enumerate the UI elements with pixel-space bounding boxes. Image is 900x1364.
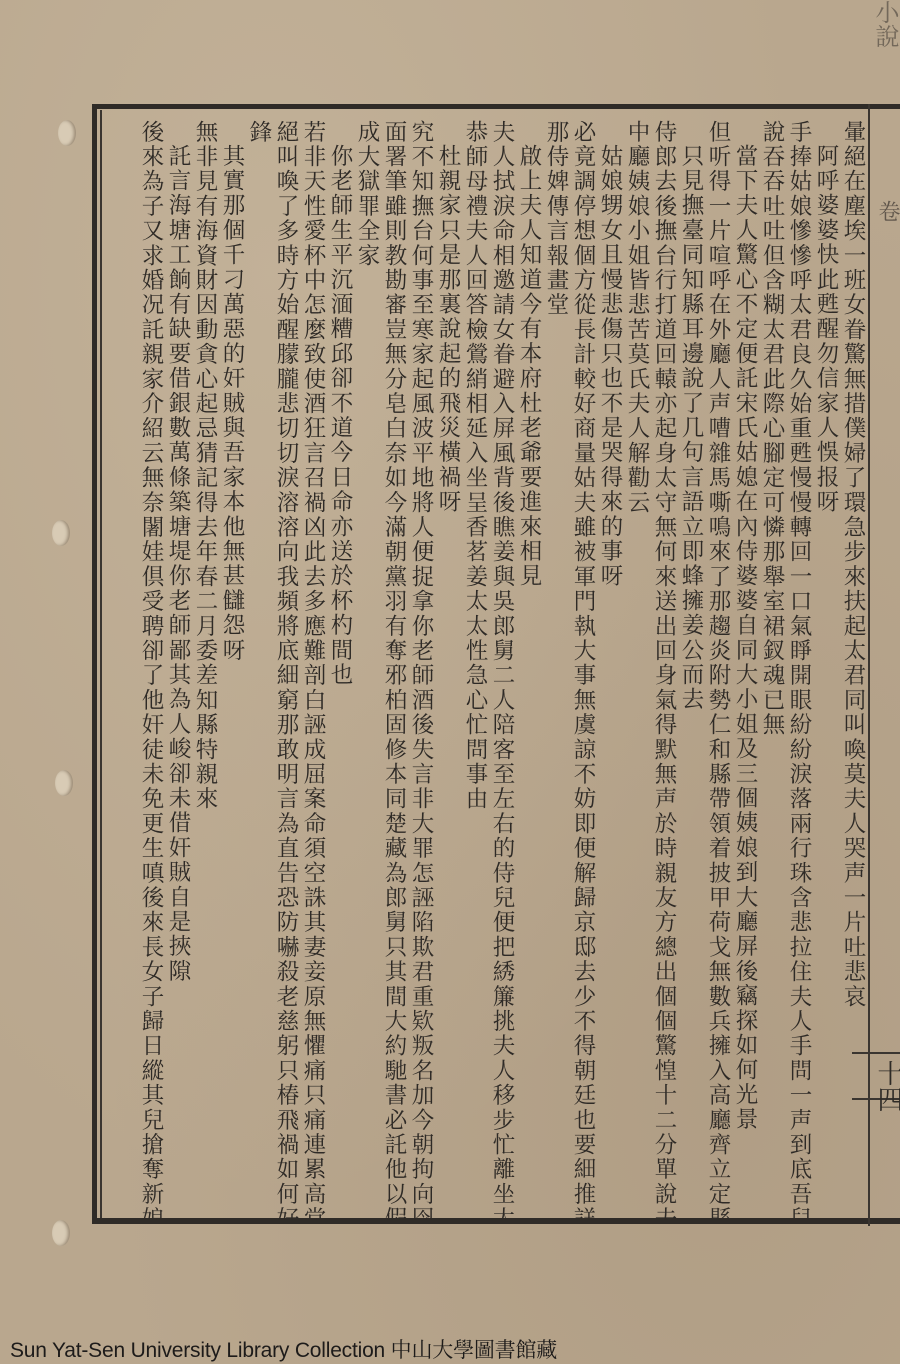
text-column: 面署筆雖則教勘審豈無分皂白奈如今滿朝黨羽有奪邪柏固修本同楚藏為郎舅只其間大約馳書… <box>380 120 407 1220</box>
inner-border-line <box>100 110 102 1218</box>
header-fragment: 小說 <box>845 0 900 100</box>
text-column: 成大獄罪全家 <box>353 120 380 1220</box>
text-column: 那侍婢傳言報畫堂 <box>542 120 569 1220</box>
text-column: 手捧姑娘慘慘呼太君良久始重甦慢慢轉回一口氣睜開眼紛紛淚落兩行珠含悲拉住夫人手問一… <box>785 120 812 1220</box>
text-column: 阿呼婆婆快此甦醒勿信家人悞报呀 <box>812 120 839 1244</box>
text-column: 只見撫臺同知縣耳邊說了几句言語立即蜂擁姜公而去 <box>677 120 704 1244</box>
text-column: 若非天性愛杯中怎麼致使酒狂言召禍凶此去多應難剖白誣成屈案命須空誅其妻妾原無懼痛只… <box>299 120 326 1220</box>
binding-hole <box>52 1220 70 1246</box>
text-column: 必竟調停想個方從長計較好商量姑夫雖被軍門執大事無虞諒不妨即便解歸京邸去少不得朝廷… <box>569 120 596 1220</box>
text-column: 鋒 <box>245 120 272 1220</box>
text-columns: 暈絕在塵埃一班女眷驚無措僕婦了環急步來扶起太君同叫喚莫夫人哭声一片吐悲哀 阿呼婆… <box>106 120 866 1220</box>
library-watermark: Sun Yat-Sen University Library Collectio… <box>10 1334 557 1364</box>
text-column: 後來為子又求婚况託親家介紹云無奈闍娃倶受聘卻了他奸徒未免更生嗔後來長女子歸日縱其… <box>137 120 164 1220</box>
text-column: 託言海塘工餉有缺要借銀數萬條築塘堤你老師鄙其為人峻卻未借奸賊自是挾隙 <box>164 120 191 1244</box>
text-column: 杜親家只是那裏說起的飛災橫禍呀 <box>434 120 461 1244</box>
text-column: 暈絕在塵埃一班女眷驚無措僕婦了環急步來扶起太君同叫喚莫夫人哭声一片吐悲哀 <box>839 120 866 1220</box>
text-column: 究不知撫台何事至寒家起風波平地將人便捉拿你老師酒後失言非大罪怎誣陷欺君重欵叛名加… <box>407 120 434 1220</box>
text-column: 當下夫人驚心不定便託宋氏姑媳在內侍婆婆自同大小姐及三個姨娘到大廳屏後竊探如何光景 <box>731 120 758 1244</box>
binding-hole <box>52 520 70 546</box>
text-column: 夫人拭淚命相邀請女眷避入屏風背後瞧姜與吳郎舅二人陪客至左右的侍兒便把綉簾挑夫人移… <box>488 120 515 1220</box>
binding-hole <box>55 770 73 796</box>
text-column: 姑娘甥女且慢悲傷只也不是哭得來的事呀 <box>596 120 623 1244</box>
text-column: 恭師母禮夫人回答檢鶯綃相延入坐呈香茗姜太太性急心忙問事由 <box>461 120 488 1220</box>
text-column: 說吞吞吐吐但含糊太君此際心腳定可憐那舉室裙釵魂已無 <box>758 120 785 1220</box>
text-column: 中廳姨娘小姐皆悲苦莫氏夫人解勸云 <box>623 120 650 1220</box>
text-column: 但听得一片喧呼在外廳人声嘈雜馬嘶鳴來了那趨炎附勢仁和縣帶領着披甲荷戈無數兵擁入高… <box>704 120 731 1220</box>
text-column: 其實那個千刁萬惡的奸賊與吾家本他無甚讎怨呀 <box>218 120 245 1244</box>
text-column: 絕叫喚了多時方始醒朦朧悲切切淚溶溶向我頻將底細窮那敢明言為直告恐防嚇殺老慈躬只椿… <box>272 120 299 1220</box>
text-column: 你老師生平沉湎糟邱卻不道今日命亦送於杯杓間也 <box>326 120 353 1244</box>
binding-hole <box>58 120 76 146</box>
text-column: 侍郎去後撫台行打道回轅亦起身太守無何來送出回身氣得默無声於時親友方總出個個驚惶十… <box>650 120 677 1220</box>
scanned-page: 小說 卷 十四 暈絕在塵埃一班女眷驚無措僕婦了環急步來扶起太君同叫喚莫夫人哭声一… <box>0 0 900 1364</box>
text-column: 啟上夫人知道今有本府杜老爺要進來相見 <box>515 120 542 1244</box>
text-column: 無非見有海資財因動貪心起忌猜記得去年春二月委差知縣特親來 <box>191 120 218 1220</box>
page-number: 十四 <box>874 1060 900 1112</box>
